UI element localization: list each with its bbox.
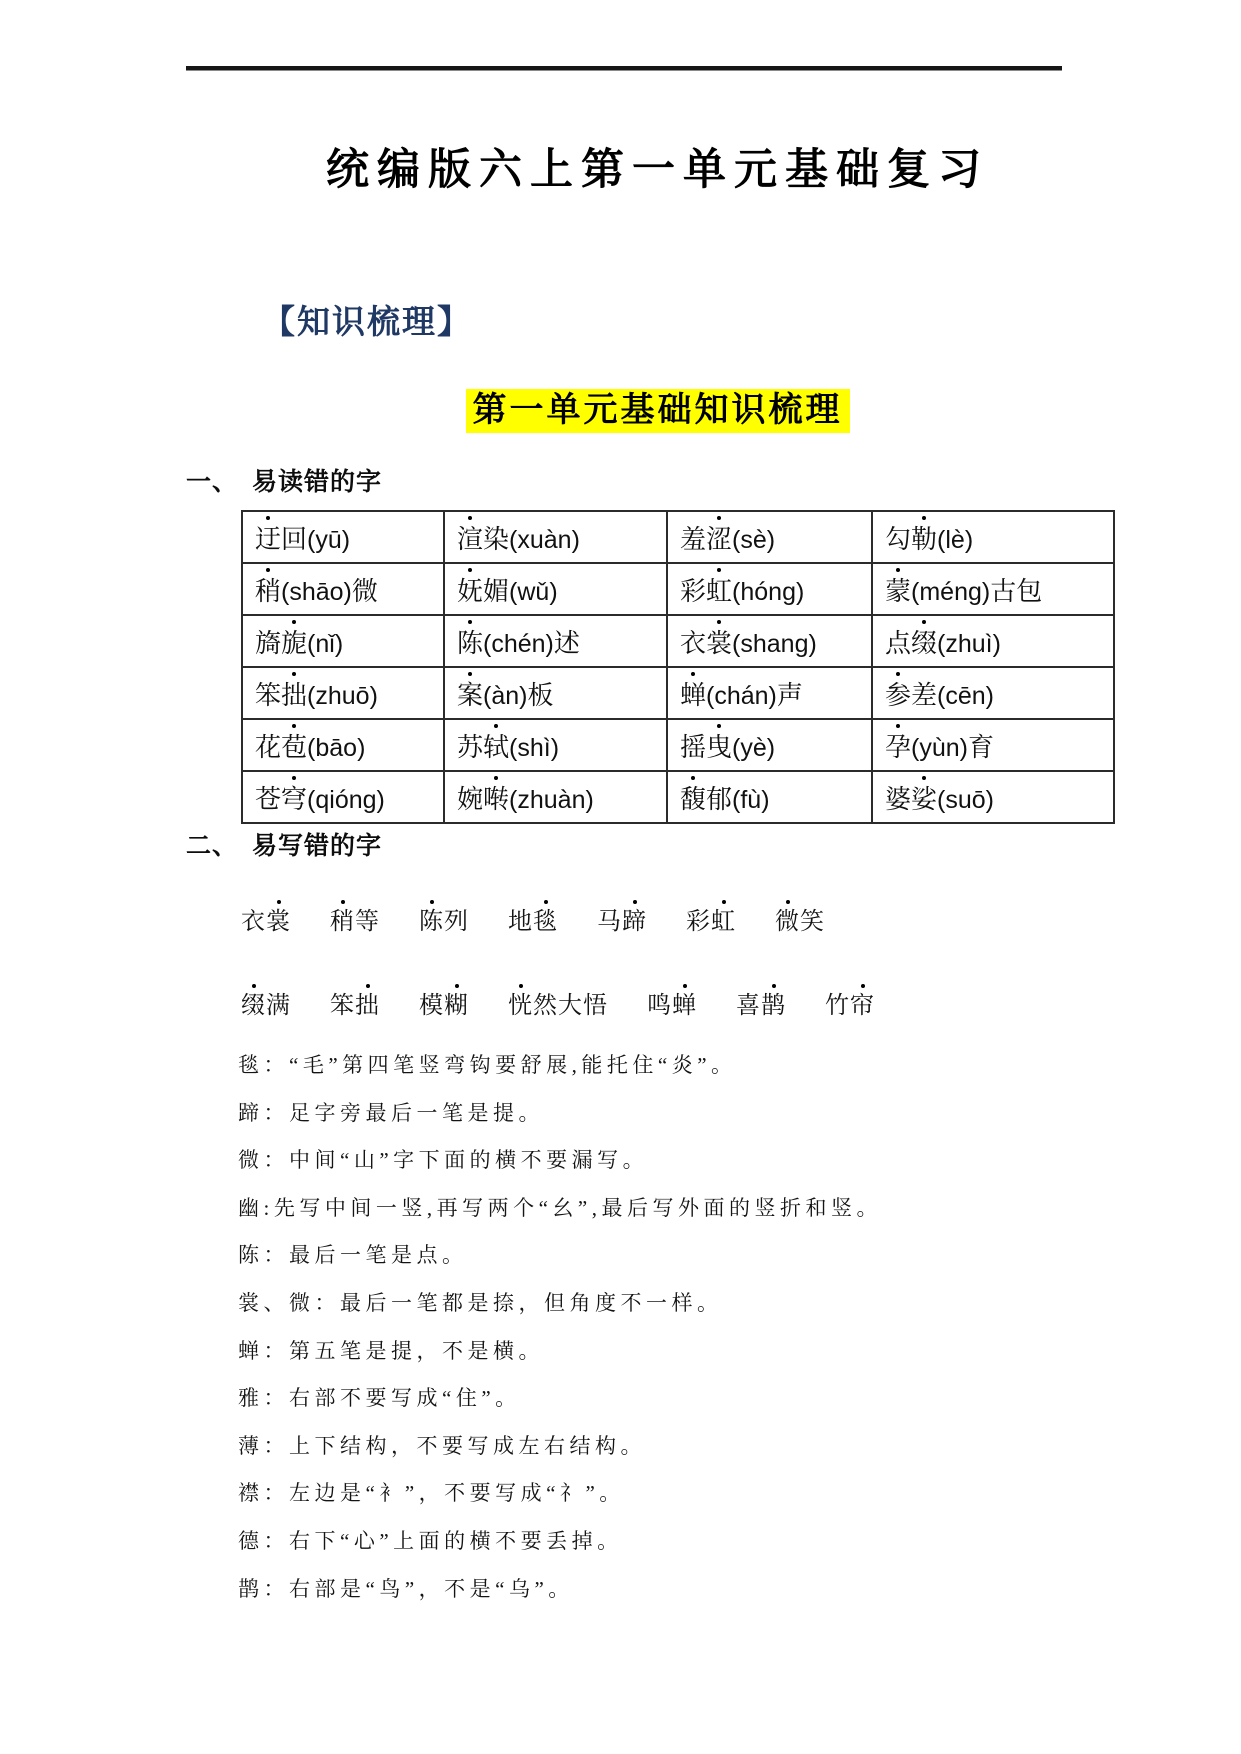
dotted-character: 涩 — [706, 525, 732, 554]
character: 声 — [777, 681, 803, 710]
dotted-character: 陈 — [419, 909, 444, 935]
header-rule — [186, 66, 1062, 71]
dotted-character: 孕 — [885, 733, 911, 762]
dotted-character: 裳 — [266, 909, 291, 935]
dotted-character: 妩 — [457, 577, 483, 606]
table-cell: 孕(yùn)育 — [872, 719, 1114, 771]
dotted-character: 苞 — [281, 733, 307, 762]
note-line: 陈：最后一笔是点。 — [238, 1232, 1138, 1280]
pinyin-text: (méng) — [911, 578, 990, 606]
dotted-character: 蝉 — [680, 681, 706, 710]
table-row: 花苞(bāo)苏轼(shì)摇曳(yè)孕(yùn)育 — [242, 719, 1114, 771]
pinyin-text: (yùn) — [911, 734, 968, 762]
word-item: 模糊 — [419, 993, 469, 1019]
character: 差 — [911, 681, 937, 710]
table-cell: 案(àn)板 — [444, 667, 667, 719]
dotted-character: 蹄 — [622, 909, 647, 935]
section-write-errors-title: 易写错的字 — [252, 832, 382, 860]
character: 板 — [527, 681, 553, 710]
table-cell: 点缀(zhuì) — [872, 615, 1114, 667]
pinyin-text: (zhuàn) — [509, 786, 594, 814]
pinyin-text: (hóng) — [732, 578, 804, 606]
character: 笨 — [255, 681, 281, 710]
character: 马 — [597, 909, 622, 935]
pinyin-text: (sè) — [732, 526, 775, 554]
table-cell: 妩媚(wǔ) — [444, 563, 667, 615]
dotted-character: 恍 — [508, 993, 533, 1019]
table-row: 稍(shāo)微妩媚(wǔ)彩虹(hóng)蒙(méng)古包 — [242, 563, 1114, 615]
table-cell: 摇曳(yè) — [667, 719, 872, 771]
dotted-character: 蒙 — [885, 577, 911, 606]
character: 染 — [483, 525, 509, 554]
table-cell: 笨拙(zhuō) — [242, 667, 444, 719]
note-line: 雅：右部不要写成“住”。 — [238, 1375, 1138, 1423]
pinyin-text: (qióng) — [307, 786, 385, 814]
dotted-character: 轼 — [483, 733, 509, 762]
pinyin-text: (shì) — [509, 734, 559, 762]
word-item: 稍等 — [330, 909, 380, 935]
table-cell: 蒙(méng)古包 — [872, 563, 1114, 615]
section-read-errors-heading: 一、易读错的字 — [186, 462, 382, 498]
dotted-character: 陈 — [457, 629, 483, 658]
write-errors-word-row-2: 缀满笨拙模糊恍然大悟鸣蝉喜鹊竹帘 — [241, 985, 914, 1020]
word-item: 竹帘 — [825, 993, 875, 1019]
character: 竹 — [825, 993, 850, 1019]
dotted-character: 缀 — [241, 993, 266, 1019]
word-item: 陈列 — [419, 909, 469, 935]
word-item: 鸣蝉 — [647, 993, 697, 1019]
note-line: 德：右下“心”上面的横不要丢掉。 — [238, 1518, 1138, 1566]
dotted-character: 稍 — [255, 577, 281, 606]
dotted-character: 娑 — [911, 785, 937, 814]
pinyin-text: (yè) — [732, 734, 775, 762]
table-cell: 迂回(yū) — [242, 511, 444, 563]
unit-heading-wrap: 第一单元基础知识梳理 — [185, 389, 1130, 433]
note-line: 幽:先写中间一竖,再写两个“幺”,最后写外面的竖折和竖。 — [238, 1185, 1138, 1233]
dotted-character: 拙 — [355, 993, 380, 1019]
read-errors-table-body: 迂回(yū)渲染(xuàn)羞涩(sè)勾勒(lè)稍(shāo)微妩媚(wǔ)… — [242, 511, 1114, 823]
table-cell: 稍(shāo)微 — [242, 563, 444, 615]
word-item: 恍然大悟 — [508, 993, 608, 1019]
character: 郁 — [706, 785, 732, 814]
character: 衣 — [680, 629, 706, 658]
table-cell: 旖旎(nǐ) — [242, 615, 444, 667]
character: 鸣 — [647, 993, 672, 1019]
character: 苏 — [457, 733, 483, 762]
character: 衣 — [241, 909, 266, 935]
character: 包 — [1016, 577, 1042, 606]
dotted-character: 缀 — [911, 629, 937, 658]
pinyin-text: (zhuō) — [307, 682, 378, 710]
character: 旖 — [255, 629, 281, 658]
character: 满 — [266, 993, 291, 1019]
character: 彩 — [680, 577, 706, 606]
character: 等 — [355, 909, 380, 935]
dotted-character: 穹 — [281, 785, 307, 814]
dotted-character: 鹊 — [761, 993, 786, 1019]
write-errors-word-row-1: 衣裳稍等陈列地毯马蹄彩虹微笑 — [241, 901, 864, 936]
word-item: 笨拙 — [330, 993, 380, 1019]
table-cell: 婆娑(suō) — [872, 771, 1114, 823]
note-line: 蝉：第五笔是提，不是横。 — [238, 1328, 1138, 1376]
table-cell: 婉啭(zhuàn) — [444, 771, 667, 823]
doc-title: 统编版六上第一单元基础复习 — [185, 136, 1130, 197]
character: 喜 — [736, 993, 761, 1019]
character: 媚 — [483, 577, 509, 606]
pinyin-text: (shāo) — [281, 578, 352, 606]
pinyin-text: (xuàn) — [509, 526, 580, 554]
dotted-character: 帘 — [850, 993, 875, 1019]
section-write-errors-label: 二、 — [186, 832, 238, 860]
pinyin-text: (yū) — [307, 526, 350, 554]
word-item: 马蹄 — [597, 909, 647, 935]
note-line: 裳、微：最后一笔都是捺，但角度不一样。 — [238, 1280, 1138, 1328]
table-cell: 陈(chén)述 — [444, 615, 667, 667]
character: 摇 — [680, 733, 706, 762]
table-row: 笨拙(zhuō)案(àn)板蝉(chán)声参差(cēn) — [242, 667, 1114, 719]
dotted-character: 勒 — [911, 525, 937, 554]
pinyin-text: (shang) — [732, 630, 817, 658]
table-row: 迂回(yū)渲染(xuàn)羞涩(sè)勾勒(lè) — [242, 511, 1114, 563]
word-item: 彩虹 — [686, 909, 736, 935]
pinyin-text: (chén) — [483, 630, 554, 658]
word-item: 喜鹊 — [736, 993, 786, 1019]
table-cell: 苍穹(qióng) — [242, 771, 444, 823]
dotted-character: 毯 — [533, 909, 558, 935]
dotted-character: 馥 — [680, 785, 706, 814]
pinyin-text: (zhuì) — [937, 630, 1001, 658]
character: 悟 — [583, 993, 608, 1019]
dotted-character: 虹 — [711, 909, 736, 935]
word-item: 缀满 — [241, 993, 291, 1019]
character: 婆 — [885, 785, 911, 814]
dotted-character: 迂 — [255, 525, 281, 554]
character: 苍 — [255, 785, 281, 814]
table-row: 旖旎(nǐ)陈(chén)述衣裳(shang)点缀(zhuì) — [242, 615, 1114, 667]
character: 古 — [990, 577, 1016, 606]
word-item: 衣裳 — [241, 909, 291, 935]
dotted-character: 蝉 — [672, 993, 697, 1019]
table-cell: 花苞(bāo) — [242, 719, 444, 771]
character: 大 — [558, 993, 583, 1019]
section-read-errors-title: 易读错的字 — [252, 468, 382, 496]
table-cell: 彩虹(hóng) — [667, 563, 872, 615]
dotted-character: 糊 — [444, 993, 469, 1019]
character: 回 — [281, 525, 307, 554]
knowledge-heading: 【知识梳理】 — [262, 296, 472, 343]
character: 地 — [508, 909, 533, 935]
document-page: 统编版六上第一单元基础复习 【知识梳理】 第一单元基础知识梳理 一、易读错的字 … — [0, 0, 1241, 1754]
note-line: 毯：“毛”第四笔竖弯钩要舒展,能托住“炎”。 — [238, 1042, 1138, 1090]
note-line: 微：中间“山”字下面的横不要漏写。 — [238, 1137, 1138, 1185]
table-cell: 渲染(xuàn) — [444, 511, 667, 563]
dotted-character: 拙 — [281, 681, 307, 710]
notes-list: 毯：“毛”第四笔竖弯钩要舒展,能托住“炎”。蹄：足字旁最后一笔是提。微：中间“山… — [238, 1042, 1138, 1613]
dotted-character: 渲 — [457, 525, 483, 554]
word-item: 微笑 — [775, 909, 825, 935]
section-write-errors-heading: 二、易写错的字 — [186, 826, 382, 862]
character: 模 — [419, 993, 444, 1019]
character: 列 — [444, 909, 469, 935]
dotted-character: 裳 — [706, 629, 732, 658]
table-cell: 勾勒(lè) — [872, 511, 1114, 563]
character: 笨 — [330, 993, 355, 1019]
pinyin-text: (wǔ) — [509, 578, 558, 606]
character: 花 — [255, 733, 281, 762]
character: 勾 — [885, 525, 911, 554]
dotted-character: 啭 — [483, 785, 509, 814]
character: 笑 — [800, 909, 825, 935]
word-item: 地毯 — [508, 909, 558, 935]
pinyin-text: (chán) — [706, 682, 777, 710]
character: 微 — [352, 577, 378, 606]
character: 彩 — [686, 909, 711, 935]
section-read-errors-label: 一、 — [186, 468, 238, 496]
note-line: 襟：左边是“衤”，不要写成“礻”。 — [238, 1470, 1138, 1518]
character: 述 — [554, 629, 580, 658]
pinyin-text: (àn) — [483, 682, 527, 710]
character: 育 — [968, 733, 994, 762]
table-cell: 羞涩(sè) — [667, 511, 872, 563]
dotted-character: 稍 — [330, 909, 355, 935]
unit-heading: 第一单元基础知识梳理 — [466, 389, 850, 433]
table-cell: 蝉(chán)声 — [667, 667, 872, 719]
pinyin-text: (cēn) — [937, 682, 994, 710]
dotted-character: 微 — [775, 909, 800, 935]
dotted-character: 旎 — [281, 629, 307, 658]
table-cell: 参差(cēn) — [872, 667, 1114, 719]
pinyin-text: (lè) — [937, 526, 973, 554]
character: 点 — [885, 629, 911, 658]
character: 婉 — [457, 785, 483, 814]
pinyin-text: (fù) — [732, 786, 770, 814]
pinyin-text: (bāo) — [307, 734, 365, 762]
table-cell: 苏轼(shì) — [444, 719, 667, 771]
read-errors-table: 迂回(yū)渲染(xuàn)羞涩(sè)勾勒(lè)稍(shāo)微妩媚(wǔ)… — [241, 510, 1115, 824]
table-cell: 馥郁(fù) — [667, 771, 872, 823]
character: 然 — [533, 993, 558, 1019]
note-line: 鹊：右部是“鸟”，不是“乌”。 — [238, 1566, 1138, 1614]
pinyin-text: (nǐ) — [307, 630, 343, 658]
table-row: 苍穹(qióng)婉啭(zhuàn)馥郁(fù)婆娑(suō) — [242, 771, 1114, 823]
dotted-character: 参 — [885, 681, 911, 710]
character: 羞 — [680, 525, 706, 554]
note-line: 蹄：足字旁最后一笔是提。 — [238, 1090, 1138, 1138]
dotted-character: 虹 — [706, 577, 732, 606]
pinyin-text: (suō) — [937, 786, 994, 814]
dotted-character: 案 — [457, 681, 483, 710]
note-line: 薄：上下结构，不要写成左右结构。 — [238, 1423, 1138, 1471]
dotted-character: 曳 — [706, 733, 732, 762]
table-cell: 衣裳(shang) — [667, 615, 872, 667]
